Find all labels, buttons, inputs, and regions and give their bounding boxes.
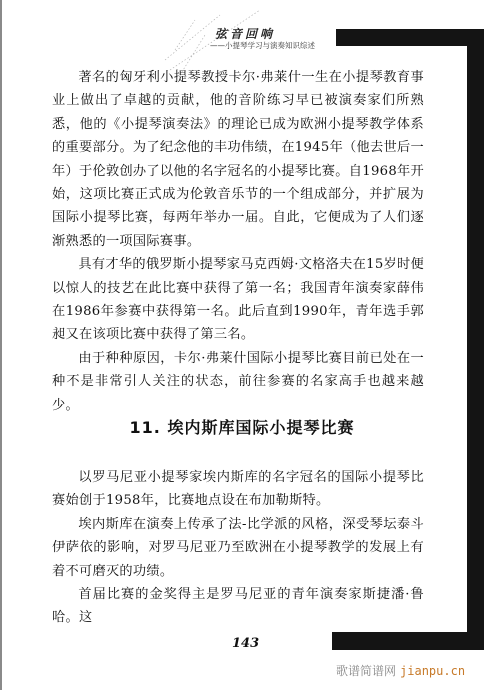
paragraph: 著名的匈牙利小提琴教授卡尔·弗莱什一生在小提琴教育事业上做出了卓越的贡献，他的音…: [52, 66, 424, 253]
paragraph: 首届比赛的金奖得主是罗马尼亚的青年演奏家斯捷潘·鲁哈。这: [52, 583, 424, 630]
paragraph: 由于种种原因，卡尔·弗莱什国际小提琴比赛目前已处在一种不是非常引人关注的状态，前…: [52, 347, 424, 417]
watermark-cn: 歌谱简谱网: [336, 664, 396, 678]
frame-bar-right: [467, 29, 484, 650]
paragraph: 埃内斯库在演奏上传承了法-比学派的风格，深受琴坛泰斗伊萨依的影响，对罗马尼亚乃至…: [52, 513, 424, 583]
body-text-section: 以罗马尼亚小提琴家埃内斯库的名字冠名的国际小提琴比赛始创于1958年，比赛地点设…: [52, 466, 424, 630]
running-header-subtitle: ——小提琴学习与演奏知识综述: [210, 40, 315, 51]
watermark-en: jianpu.cn: [400, 664, 465, 678]
frame-bar-top: [336, 29, 484, 46]
paragraph: 具有才华的俄罗斯小提琴家马克西姆·文格洛夫在15岁时便以惊人的技艺在此比赛中获得…: [52, 253, 424, 347]
page-left-edge: [0, 0, 2, 690]
body-text-previous-section: 著名的匈牙利小提琴教授卡尔·弗莱什一生在小提琴教育事业上做出了卓越的贡献，他的音…: [52, 66, 424, 417]
section-heading: 11. 埃内斯库国际小提琴比赛: [0, 415, 484, 438]
watermark: 歌谱简谱网jianpu.cn: [336, 662, 465, 679]
frame-bar-bottom: [332, 632, 484, 650]
page-number: 143: [232, 636, 259, 651]
paragraph: 以罗马尼亚小提琴家埃内斯库的名字冠名的国际小提琴比赛始创于1958年，比赛地点设…: [52, 466, 424, 513]
